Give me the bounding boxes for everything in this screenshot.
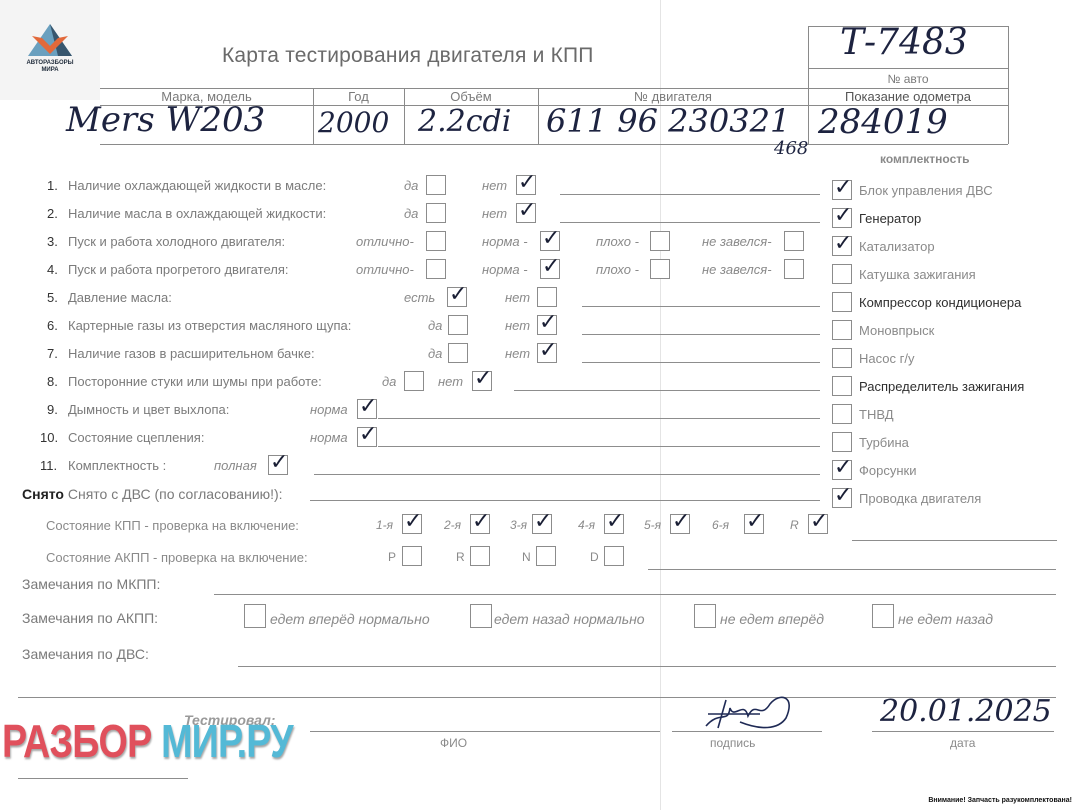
check-notes-line[interactable] [378, 418, 820, 419]
check-option-checkbox[interactable] [426, 175, 446, 195]
fio-label: ФИО [440, 736, 467, 750]
remarks-engine: Замечания по ДВС: [22, 646, 149, 662]
signature-line[interactable] [672, 731, 822, 732]
auto-remark-label: едет назад нормально [494, 611, 645, 627]
check-option-label: не завелся- [702, 262, 772, 277]
check-option-label: отлично- [356, 234, 414, 249]
check-number: 10. [40, 430, 58, 445]
removed-label-text: Снято с ДВС (по согласованию!): [68, 486, 283, 502]
date-value: 20.01.2025 [880, 694, 1052, 729]
check-option-checkbox[interactable] [472, 371, 492, 391]
check-notes-line[interactable] [514, 390, 820, 391]
remarks-engine-line[interactable] [238, 666, 1056, 667]
check-label: Наличие охлаждающей жидкости в масле: [68, 178, 326, 193]
kit-item-label: Форсунки [859, 463, 916, 478]
check-option-label: полная [214, 458, 257, 473]
kit-item-label: Катализатор [859, 239, 935, 254]
table-border [1008, 26, 1009, 144]
kit-item-checkbox[interactable] [832, 208, 852, 228]
date-line[interactable] [872, 731, 1054, 732]
volume-value: 2.2cdi [418, 104, 511, 139]
position-checkbox[interactable] [402, 546, 422, 566]
gear-checkbox[interactable] [808, 514, 828, 534]
check-option-checkbox[interactable] [426, 231, 446, 251]
check-number: 9. [47, 402, 58, 417]
check-option-checkbox[interactable] [784, 231, 804, 251]
gear-label: 5-я [644, 518, 661, 532]
gear-checkbox[interactable] [470, 514, 490, 534]
table-border [100, 144, 1008, 145]
check-notes-line[interactable] [560, 194, 820, 195]
check-label: Комплектность : [68, 458, 166, 473]
kit-item-label: Проводка двигателя [859, 491, 981, 506]
kit-item-checkbox[interactable] [832, 376, 852, 396]
check-option-label: нет [505, 290, 530, 305]
check-option-label: да [428, 346, 442, 361]
check-label: Состояние сцепления: [68, 430, 204, 445]
position-label: R [456, 550, 465, 564]
auto-gearbox-line[interactable] [648, 569, 1056, 570]
check-option-label: отлично- [356, 262, 414, 277]
footer-line [18, 778, 188, 779]
kit-item-label: Блок управления ДВС [859, 183, 993, 198]
kit-item-label: Распределитель зажигания [859, 379, 1024, 394]
watermark-part1: РАЗБОР [2, 715, 161, 767]
check-notes-line[interactable] [582, 306, 820, 307]
remarks-manual: Замечания по МКПП: [22, 576, 160, 592]
check-option-checkbox[interactable] [447, 287, 467, 307]
check-number: 6. [47, 318, 58, 333]
check-option-label: да [404, 178, 418, 193]
check-notes-line[interactable] [378, 446, 820, 447]
logo-text-line2: МИРА [0, 67, 100, 74]
check-number: 2. [47, 206, 58, 221]
check-option-label: норма - [482, 234, 528, 249]
gear-checkbox[interactable] [532, 514, 552, 534]
logo-mountain-icon [28, 22, 72, 58]
page-title: Карта тестирования двигателя и КПП [222, 44, 594, 68]
kit-item-checkbox[interactable] [832, 180, 852, 200]
check-option-label: плохо - [596, 234, 639, 249]
removed-line[interactable] [310, 500, 820, 501]
check-option-checkbox[interactable] [448, 343, 468, 363]
gear-checkbox[interactable] [604, 514, 624, 534]
gear-label: 1-я [376, 518, 393, 532]
check-number: 5. [47, 290, 58, 305]
kit-item-checkbox[interactable] [832, 348, 852, 368]
check-option-label: нет [438, 374, 463, 389]
check-option-label: норма [310, 402, 348, 417]
check-option-checkbox[interactable] [537, 287, 557, 307]
check-option-label: плохо - [596, 262, 639, 277]
check-option-checkbox[interactable] [540, 231, 560, 251]
auto-remark-checkbox[interactable] [872, 604, 894, 628]
gear-label: R [790, 518, 799, 532]
kit-item-label: Турбина [859, 435, 909, 450]
check-option-label: нет [505, 346, 530, 361]
kit-item-label: Моновпрыск [859, 323, 934, 338]
check-option-label: нет [482, 206, 507, 221]
check-label: Пуск и работа холодного двигателя: [68, 234, 285, 249]
check-option-checkbox[interactable] [357, 399, 377, 419]
position-label: N [522, 550, 531, 564]
position-checkbox[interactable] [604, 546, 624, 566]
manual-gearbox-label: Состояние КПП - проверка на включение: [46, 518, 299, 533]
auto-remark-label: не едет назад [898, 611, 993, 627]
check-option-label: норма [310, 430, 348, 445]
gear-label: 6-я [712, 518, 729, 532]
check-number: 8. [47, 374, 58, 389]
auto-gearbox-label: Состояние АКПП - проверка на включение: [46, 550, 308, 565]
check-label: Наличие газов в расширительном бачке: [68, 346, 315, 361]
check-label: Наличие масла в охлаждающей жидкости: [68, 206, 326, 221]
kit-item-label: Катушка зажигания [859, 267, 976, 282]
check-option-checkbox[interactable] [516, 175, 536, 195]
kit-item-label: Компрессор кондиционера [859, 295, 1021, 310]
check-number: 11. [40, 458, 57, 473]
auto-remark-checkbox[interactable] [244, 604, 266, 628]
kit-item-label: ТНВД [859, 407, 894, 422]
remarks-manual-line[interactable] [214, 594, 1056, 595]
check-option-checkbox[interactable] [540, 259, 560, 279]
check-option-label: да [404, 206, 418, 221]
gear-label: 3-я [510, 518, 527, 532]
check-label: Давление масла: [68, 290, 172, 305]
check-option-checkbox[interactable] [516, 203, 536, 223]
model-value: Mers W203 [66, 100, 265, 140]
kit-item-checkbox[interactable] [832, 404, 852, 424]
remarks-auto: Замечания по АКПП: [22, 610, 158, 626]
kit-item-checkbox[interactable] [832, 488, 852, 508]
notice-text: Внимание! Запчасть разукомплектована! [928, 797, 1072, 804]
kit-item-checkbox[interactable] [832, 460, 852, 480]
check-option-checkbox[interactable] [650, 259, 670, 279]
removed-label: Снято Снято с ДВС (по согласованию!): [22, 486, 283, 502]
check-number: 7. [47, 346, 58, 361]
car-number-value: Т-7483 [840, 22, 968, 63]
check-option-label: не завелся- [702, 234, 772, 249]
kit-title: комплектность [880, 152, 970, 166]
gear-label: 2-я [444, 518, 461, 532]
position-checkbox[interactable] [470, 546, 490, 566]
check-number: 1. [47, 178, 58, 193]
watermark: РАЗБОР МИР.РУ [2, 716, 293, 766]
kit-item-checkbox[interactable] [832, 292, 852, 312]
auto-remark-label: едет вперёд нормально [270, 611, 430, 627]
check-number: 4. [47, 262, 58, 277]
car-number-label: № авто [808, 72, 1008, 86]
check-option-checkbox[interactable] [537, 343, 557, 363]
position-label: D [590, 550, 599, 564]
position-label: P [388, 550, 396, 564]
check-label: Пуск и работа прогретого двигателя: [68, 262, 288, 277]
watermark-part2: МИР.РУ [161, 715, 293, 767]
company-logo: АВТОРАЗБОРЫ МИРА [0, 0, 100, 100]
check-notes-line[interactable] [582, 334, 820, 335]
table-border [808, 68, 1008, 69]
kit-item-checkbox[interactable] [832, 236, 852, 256]
engine-number-extra: 468 [774, 138, 808, 159]
auto-remark-checkbox[interactable] [470, 604, 492, 628]
gear-checkbox[interactable] [402, 514, 422, 534]
check-option-checkbox[interactable] [268, 455, 288, 475]
check-notes-line[interactable] [582, 362, 820, 363]
check-option-checkbox[interactable] [404, 371, 424, 391]
check-number: 3. [47, 234, 58, 249]
check-option-label: да [382, 374, 396, 389]
check-option-label: нет [482, 178, 507, 193]
kit-item-checkbox[interactable] [832, 264, 852, 284]
kit-item-checkbox[interactable] [832, 432, 852, 452]
check-option-label: норма - [482, 262, 528, 277]
kit-item-checkbox[interactable] [832, 320, 852, 340]
check-option-label: да [428, 318, 442, 333]
manual-gearbox-line[interactable] [852, 540, 1057, 541]
logo-text-line1: АВТОРАЗБОРЫ [0, 60, 100, 67]
check-option-label: нет [505, 318, 530, 333]
position-checkbox[interactable] [536, 546, 556, 566]
signature-label: подпись [710, 736, 755, 750]
check-label: Дымность и цвет выхлопа: [68, 402, 229, 417]
fio-line[interactable] [310, 731, 660, 732]
odometer-value: 284019 [818, 102, 948, 142]
gear-label: 4-я [578, 518, 595, 532]
date-label: дата [950, 736, 975, 750]
check-option-checkbox[interactable] [426, 259, 446, 279]
auto-remark-label: не едет вперёд [720, 611, 824, 627]
header-label-volume: Объём [404, 89, 538, 104]
header-label-year: Год [313, 89, 404, 104]
kit-item-label: Генератор [859, 211, 921, 226]
check-option-checkbox[interactable] [426, 203, 446, 223]
check-option-checkbox[interactable] [784, 259, 804, 279]
check-notes-line[interactable] [314, 474, 820, 475]
check-label: Посторонние стуки или шумы при работе: [68, 374, 322, 389]
auto-remark-checkbox[interactable] [694, 604, 716, 628]
year-value: 2000 [318, 106, 389, 139]
check-option-checkbox[interactable] [448, 315, 468, 335]
gear-checkbox[interactable] [670, 514, 690, 534]
kit-item-label: Насос г/у [859, 351, 914, 366]
check-option-checkbox[interactable] [357, 427, 377, 447]
check-option-checkbox[interactable] [650, 231, 670, 251]
check-notes-line[interactable] [560, 222, 820, 223]
check-label: Картерные газы из отверстия масляного щу… [68, 318, 351, 333]
check-option-label: есть [404, 290, 435, 305]
check-option-checkbox[interactable] [537, 315, 557, 335]
gear-checkbox[interactable] [744, 514, 764, 534]
engine-number-value: 611 96 230321 [546, 102, 790, 140]
